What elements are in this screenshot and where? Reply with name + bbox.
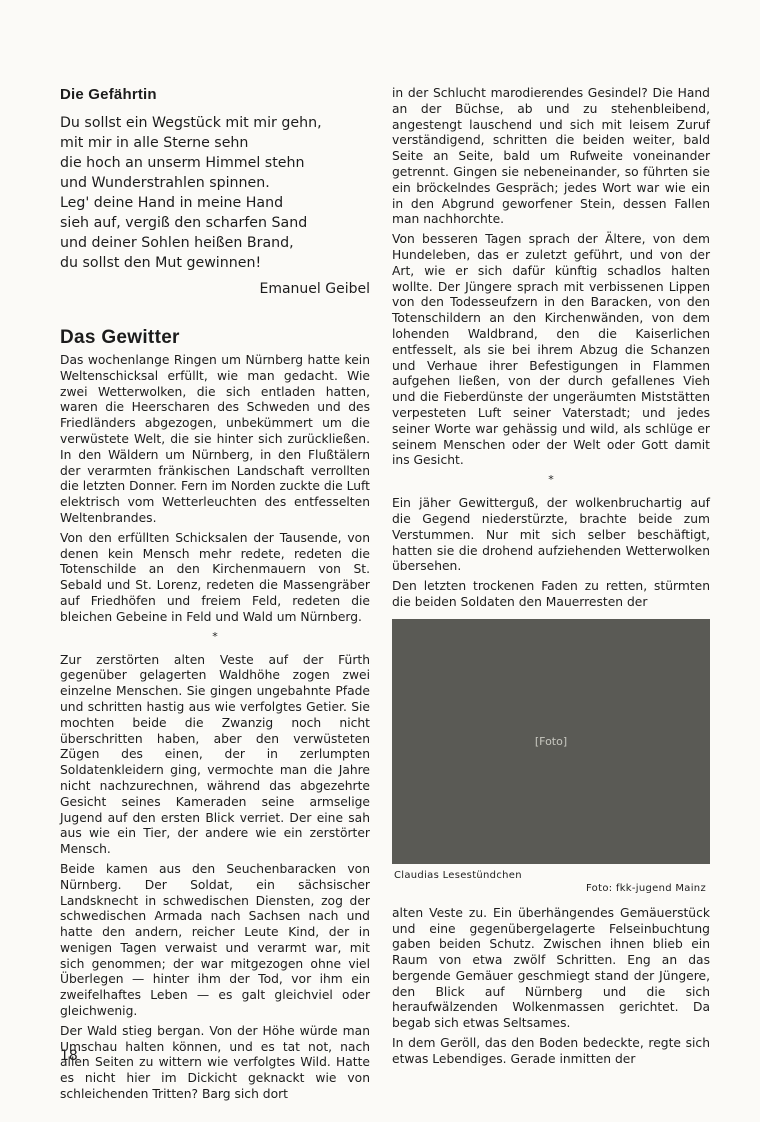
poem-line: sieh auf, vergiß den scharfen Sand xyxy=(60,213,370,233)
paragraph: Von den erfüllten Schicksalen der Tausen… xyxy=(60,531,370,626)
paragraph: Ein jäher Gewitterguß, der wolkenbruchar… xyxy=(392,496,710,575)
poem-author: Emanuel Geibel xyxy=(60,281,370,297)
poem-title: Die Gefährtin xyxy=(60,86,370,103)
paragraph: Beide kamen aus den Seuchenbaracken von … xyxy=(60,862,370,1020)
paragraph: alten Veste zu. Ein überhängendes Gemäue… xyxy=(392,906,710,1032)
photo-credit: Foto: fkk-jugend Mainz xyxy=(392,883,706,894)
poem-body: Du sollst ein Wegstück mit mir gehn, mit… xyxy=(60,113,370,273)
photo-placeholder-label: [Foto] xyxy=(535,735,567,748)
poem-line: Du sollst ein Wegstück mit mir gehn, xyxy=(60,113,370,133)
poem-line: und deiner Sohlen heißen Brand, xyxy=(60,233,370,253)
poem-line: und Wunderstrahlen spinnen. xyxy=(60,173,370,193)
poem-line: mit mir in alle Sterne sehn xyxy=(60,133,370,153)
section-separator: * xyxy=(392,473,710,486)
photo-caption: Claudias Lesestündchen xyxy=(394,870,710,881)
page-number: 18 xyxy=(60,1048,78,1064)
paragraph: Das wochenlange Ringen um Nürnberg hatte… xyxy=(60,353,370,527)
left-column: Die Gefährtin Du sollst ein Wegstück mit… xyxy=(60,86,370,1107)
paragraph: Den letzten trockenen Faden zu retten, s… xyxy=(392,579,710,611)
right-column: in der Schlucht marodierendes Gesindel? … xyxy=(392,86,710,1072)
paragraph: In dem Geröll, das den Boden bedeckte, r… xyxy=(392,1036,710,1068)
paragraph: in der Schlucht marodierendes Gesindel? … xyxy=(392,86,710,228)
poem-line: die hoch an unserm Himmel stehn xyxy=(60,153,370,173)
paragraph: Zur zerstörten alten Veste auf der Fürth… xyxy=(60,653,370,858)
photo-placeholder: [Foto] xyxy=(392,619,710,864)
poem-line: du sollst den Mut gewinnen! xyxy=(60,253,370,273)
paragraph: Von besseren Tagen sprach der Ältere, vo… xyxy=(392,232,710,469)
section-separator: * xyxy=(60,630,370,643)
paragraph: Der Wald stieg bergan. Von der Höhe würd… xyxy=(60,1024,370,1103)
poem-line: Leg' deine Hand in meine Hand xyxy=(60,193,370,213)
story-title: Das Gewitter xyxy=(60,327,370,349)
